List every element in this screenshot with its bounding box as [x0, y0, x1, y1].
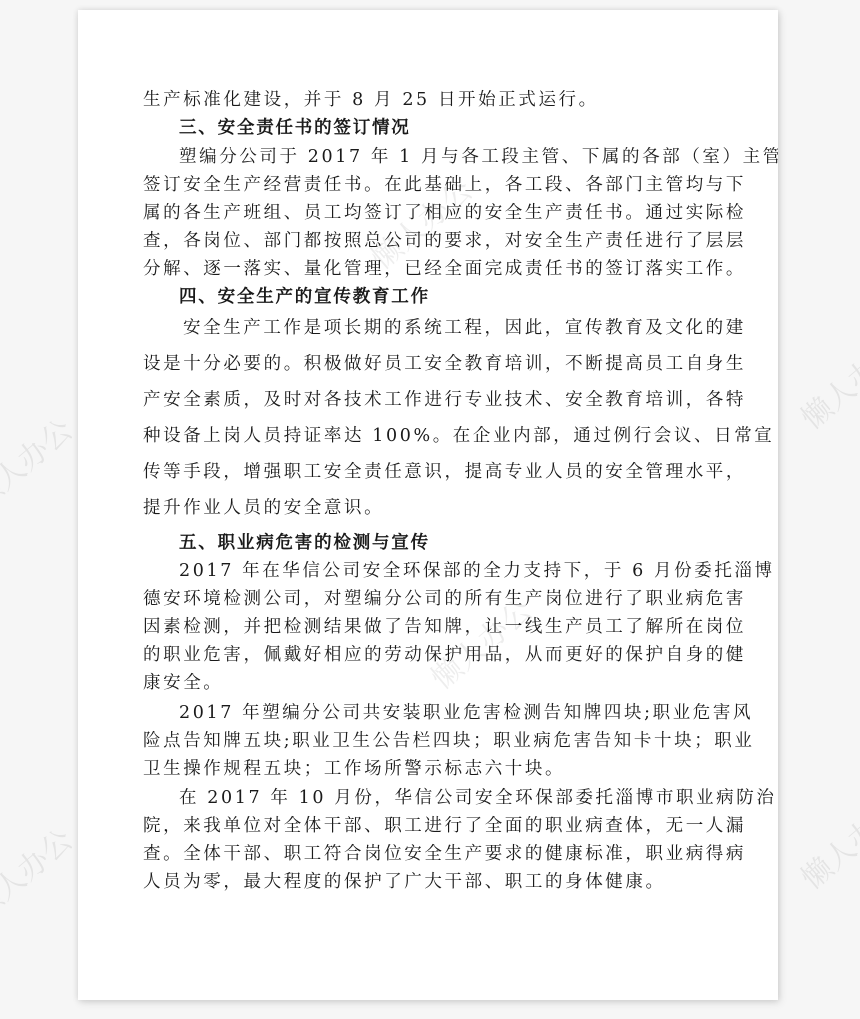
paragraph-line: 险点告知牌五块;职业卫生公告栏四块；职业病危害告知卡十块；职业 — [143, 729, 755, 753]
paragraph-line: 属的各生产班组、员工均签订了相应的安全生产责任书。通过实际检 — [143, 201, 746, 225]
paragraph-line: 因素检测，并把检测结果做了告知牌，让一线生产员工了解所在岗位 — [143, 615, 746, 639]
paragraph-line: 人员为零，最大程度的保护了广大干部、职工的身体健康。 — [143, 870, 666, 894]
paragraph-line: 2017 年塑编分公司共安装职业危害检测告知牌四块;职业危害风 — [179, 701, 753, 725]
paragraph-line: 安全生产工作是项长期的系统工程，因此，宣传教育及文化的建 — [183, 316, 746, 340]
paragraph-line: 产安全素质，及时对各技术工作进行专业技术、安全教育培训，各特 — [143, 388, 746, 412]
paragraph-line: 种设备上岗人员持证率达 100%。在企业内部，通过例行会议、日常宣 — [143, 424, 774, 448]
paragraph-line: 塑编分公司于 2017 年 1 月与各工段主管、下属的各部（室）主管、 — [179, 145, 778, 169]
section-heading: 三、安全责任书的签订情况 — [179, 116, 411, 140]
paragraph-line: 在 2017 年 10 月份，华信公司安全环保部委托淄博市职业病防治 — [179, 786, 776, 810]
paragraph-line: 查，各岗位、部门都按照总公司的要求，对安全生产责任进行了层层 — [143, 229, 746, 253]
paragraph-line: 的职业危害，佩戴好相应的劳动保护用品，从而更好的保护自身的健 — [143, 643, 746, 667]
paragraph-line: 传等手段，增强职工安全责任意识，提高专业人员的安全管理水平， — [143, 460, 746, 484]
paragraph-line: 查。全体干部、职工符合岗位安全生产要求的健康标准，职业病得病 — [143, 842, 746, 866]
paragraph-line: 设是十分必要的。积极做好员工安全教育培训，不断提高员工自身生 — [143, 352, 746, 376]
paragraph-line: 院，来我单位对全体干部、职工进行了全面的职业病查体，无一人漏 — [143, 814, 746, 838]
document-viewer: 生产标准化建设，并于 8 月 25 日开始正式运行。三、安全责任书的签订情况塑编… — [0, 0, 860, 1019]
paragraph-line: 提升作业人员的安全意识。 — [143, 496, 384, 520]
paragraph-line: 卫生操作规程五块；工作场所警示标志六十块。 — [143, 757, 565, 781]
section-heading: 四、安全生产的宣传教育工作 — [179, 285, 430, 309]
section-heading: 五、职业病危害的检测与宣传 — [179, 531, 430, 555]
paragraph-line: 2017 年在华信公司安全环保部的全力支持下，于 6 月份委托淄博 — [179, 559, 775, 583]
watermark-text: 懒人办公 — [0, 407, 80, 518]
watermark-text: 懒人办公 — [790, 327, 860, 438]
watermark-text: 懒人办公 — [0, 817, 80, 928]
watermark-text: 懒人办公 — [790, 787, 860, 898]
paragraph-line: 分解、逐一落实、量化管理，已经全面完成责任书的签订落实工作。 — [143, 257, 746, 281]
paragraph-line: 康安全。 — [143, 671, 223, 695]
document-page: 生产标准化建设，并于 8 月 25 日开始正式运行。三、安全责任书的签订情况塑编… — [78, 10, 778, 1000]
paragraph-line: 生产标准化建设，并于 8 月 25 日开始正式运行。 — [143, 88, 599, 112]
paragraph-line: 签订安全生产经营责任书。在此基础上，各工段、各部门主管均与下 — [143, 173, 746, 197]
paragraph-line: 德安环境检测公司，对塑编分公司的所有生产岗位进行了职业病危害 — [143, 587, 746, 611]
